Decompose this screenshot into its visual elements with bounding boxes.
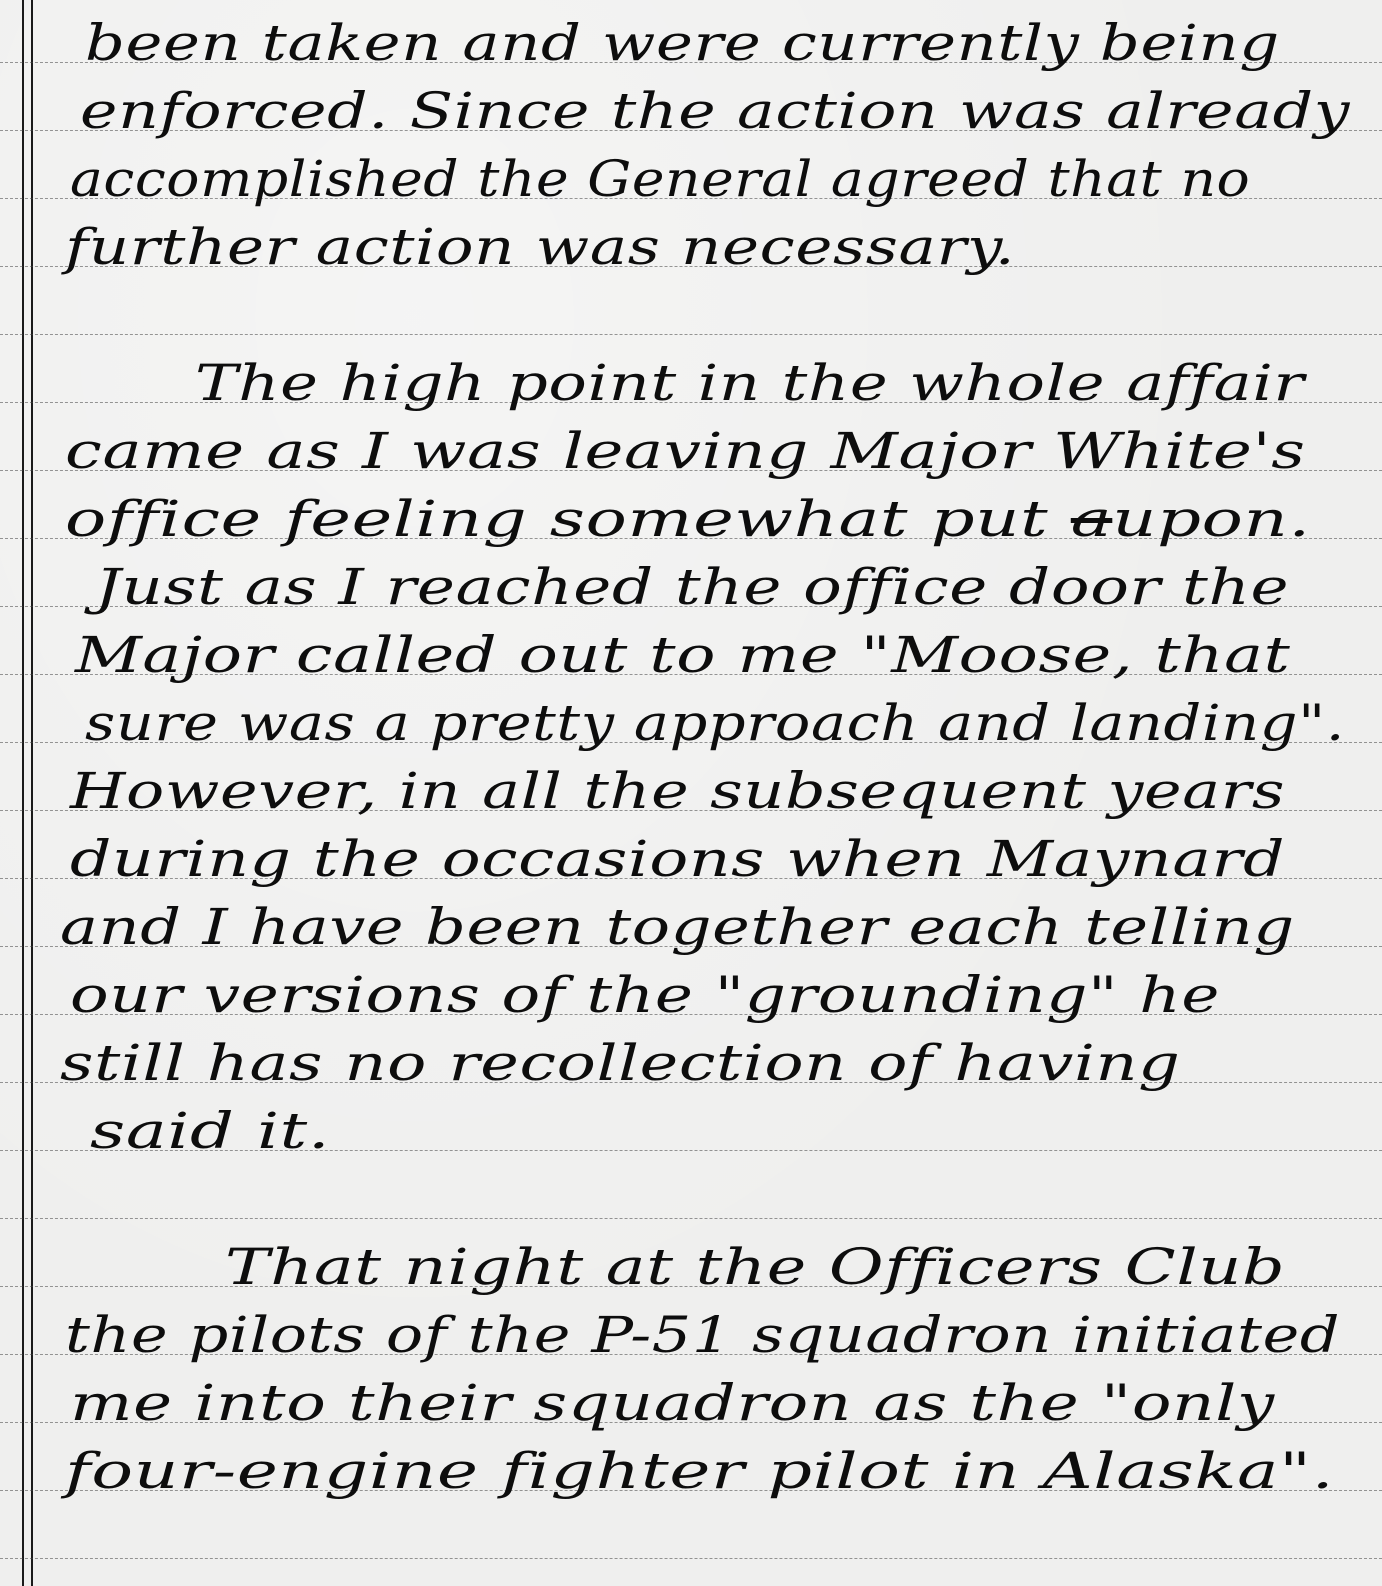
handwritten-line: sure was a pretty approach and landing". — [85, 698, 1345, 748]
handwritten-line: the pilots of the P-51 squadron initiate… — [65, 1310, 1340, 1360]
handwritten-line: said it. — [90, 1106, 330, 1156]
line-text: office feeling somewhat put — [65, 490, 1048, 548]
ruled-line — [0, 334, 1382, 335]
handwritten-line: That night at the Officers Club — [225, 1242, 1285, 1292]
handwritten-line: me into their squadron as the "only — [70, 1378, 1275, 1428]
handwritten-line: Just as I reached the office door the — [95, 562, 1289, 612]
handwritten-line: However, in all the subsequent years — [70, 766, 1285, 816]
margin-line-right — [31, 0, 33, 1586]
handwritten-line: enforced. Since the action was already — [80, 86, 1350, 136]
line-text-tail: upon. — [1112, 490, 1311, 548]
handwritten-line: accomplished the General agreed that no — [70, 154, 1250, 204]
ruled-line — [0, 1558, 1382, 1559]
handwritten-line: been taken and were currently being — [85, 18, 1280, 68]
handwritten-line: The high point in the whole affair — [195, 358, 1305, 408]
margin-line-left — [22, 0, 24, 1586]
struck-out-word: a — [1071, 490, 1113, 548]
handwritten-line: during the occasions when Maynard — [70, 834, 1285, 884]
notebook-page: been taken and were currently being enfo… — [0, 0, 1382, 1586]
handwritten-line: still has no recollection of having — [60, 1038, 1181, 1088]
handwritten-line: further action was necessary. — [65, 222, 1015, 272]
handwritten-line: our versions of the "grounding" he — [70, 970, 1220, 1020]
handwritten-line: four-engine fighter pilot in Alaska". — [65, 1446, 1334, 1496]
handwritten-line: came as I was leaving Major White's — [65, 426, 1306, 476]
ruled-line — [0, 1218, 1382, 1219]
handwritten-line: Major called out to me "Moose, that — [75, 630, 1290, 680]
handwritten-line: office feeling somewhat put aupon. — [65, 494, 1311, 544]
handwritten-line: and I have been together each telling — [60, 902, 1295, 952]
